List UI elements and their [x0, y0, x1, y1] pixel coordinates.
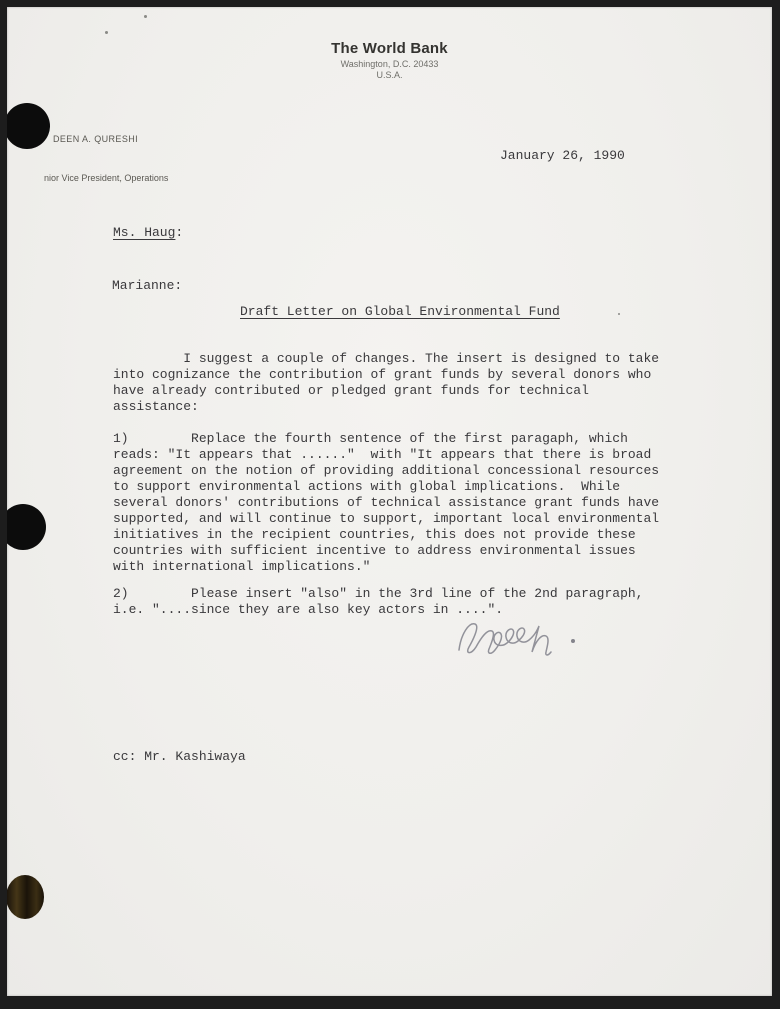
signature-period-dot: [571, 639, 575, 643]
handwritten-signature: [445, 610, 615, 670]
letterhead-country: U.S.A.: [7, 70, 772, 80]
greeting: Marianne:: [112, 278, 182, 294]
letterhead-org-name: The World Bank: [7, 40, 772, 57]
salutation-name: Ms. Haug: [113, 225, 175, 240]
letterhead-address: Washington, D.C. 20433: [7, 59, 772, 69]
salutation: Ms. Haug:: [113, 225, 183, 241]
salutation-colon: :: [175, 225, 183, 240]
scan-speck: [144, 15, 147, 18]
letter-date: January 26, 1990: [500, 148, 625, 164]
sender-block: DEEN A. QURESHI nior Vice President, Ope…: [44, 107, 168, 211]
change-item-1: 1) Replace the fourth sentence of the fi…: [113, 431, 659, 575]
sender-name: DEEN A. QURESHI: [53, 133, 168, 146]
scanned-letter-page: The World Bank Washington, D.C. 20433 U.…: [7, 7, 772, 996]
scan-border-frame: The World Bank Washington, D.C. 20433 U.…: [0, 0, 780, 1009]
hole-punch-bottom: [7, 875, 44, 919]
sender-title: nior Vice President, Operations: [44, 172, 168, 185]
subject-line: Draft Letter on Global Environmental Fun…: [240, 304, 560, 320]
scan-speck: [105, 31, 108, 34]
intro-paragraph: I suggest a couple of changes. The inser…: [113, 351, 659, 415]
scan-speck: [618, 313, 620, 315]
cc-line: cc: Mr. Kashiwaya: [113, 749, 246, 765]
hole-punch-middle: [7, 504, 46, 550]
letterhead: The World Bank Washington, D.C. 20433 U.…: [7, 40, 772, 80]
